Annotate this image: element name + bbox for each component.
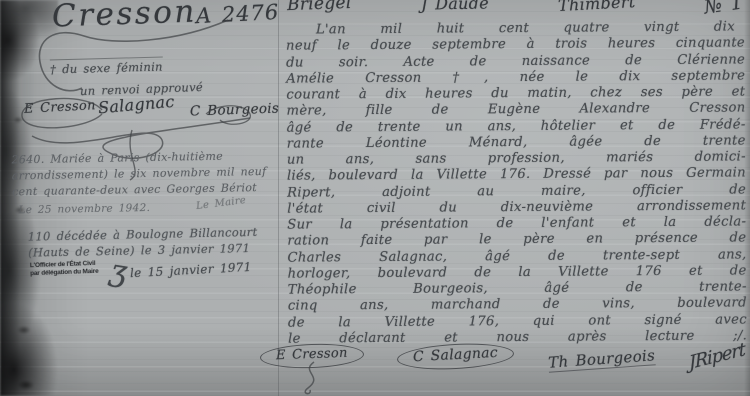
margin-death-note: 110 décédée à Boulogne Billancourt (Haut… — [28, 224, 279, 260]
register-page-scan: Cresson A 2476 † du sexe féminin un renv… — [0, 0, 750, 396]
previous-signature: Thimbert — [557, 0, 635, 15]
renvoi-cross-mark: † — [50, 62, 56, 76]
signature-cresson: E Cresson — [260, 342, 364, 370]
previous-signature: J Daude — [420, 0, 488, 14]
civil-registrar-stamp: L'Officier de l'État Civil par délégatio… — [30, 260, 99, 277]
margin-signature-bourgeois: C Bourgeois — [190, 100, 280, 119]
margin-surname: Cresson — [51, 0, 197, 35]
signature-bourgeois: Th Bourgeois — [547, 340, 655, 372]
margin-sex-note: † du sexe féminin — [50, 57, 163, 77]
previous-act-signatures: Briegel J Daude Thimbert № 1 — [287, 0, 743, 16]
death-note-date: le 15 janvier 1971 — [130, 260, 252, 280]
previous-signature: Briegel — [287, 0, 352, 15]
act-number: A 2476 — [195, 0, 279, 28]
previous-act-paraph: № 1 — [703, 0, 745, 19]
margin-marriage-note: 2640. Mariée à Paris (dix-huitième arron… — [11, 148, 280, 219]
signature-salagnac: C Salagnac — [397, 341, 515, 372]
act-signatures-row: E Cresson C Salagnac Th Bourgeois JRiper… — [260, 344, 746, 369]
birth-act-text: L'an mil huit cent quatre vingt dix neuf… — [286, 19, 747, 347]
margin-signature-cresson: E Cresson — [24, 98, 96, 117]
sex-note-text: du sexe féminin — [62, 60, 163, 77]
